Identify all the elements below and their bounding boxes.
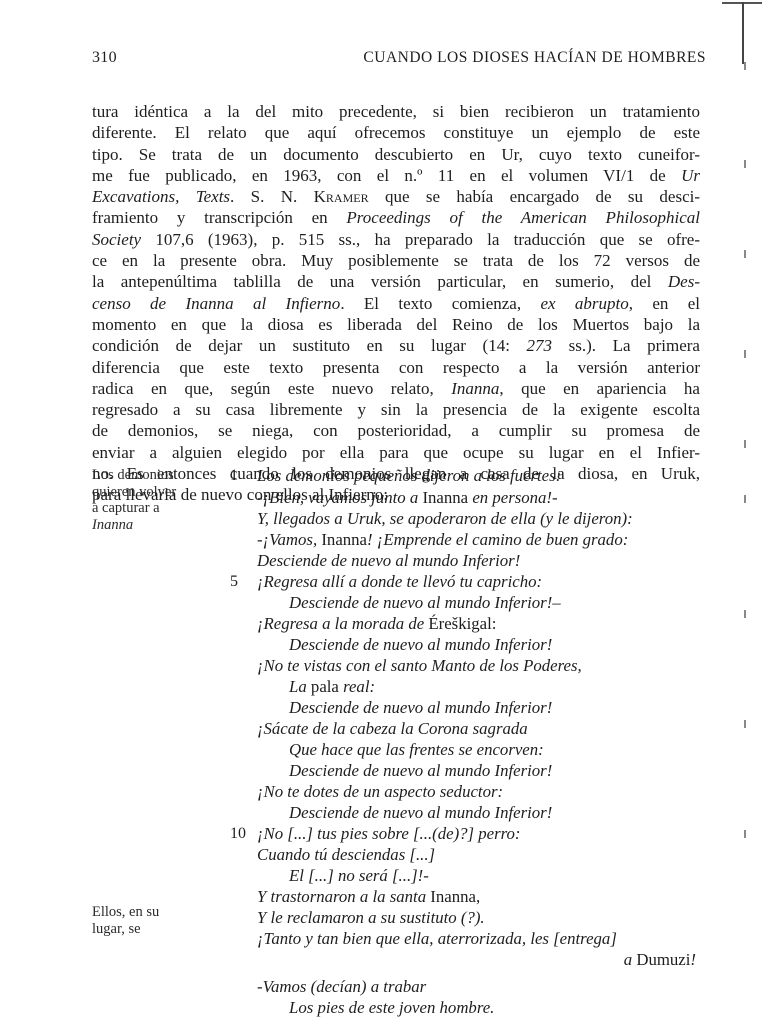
text-run: -¡Bien, vayamos junto a [257,488,422,507]
text-run: Desciende de nuevo al mundo Inferior! [289,635,552,654]
prose-line: Excavations, Texts. S. N. Kramer que se … [92,186,700,207]
prose-line: me fue publicado, en 1963, con el n.º 11… [92,165,700,186]
verse-number: 10 [230,825,246,843]
verse-line: ¡Regresa a la morada de Éreškigal: [257,614,496,634]
text-run: Inanna, [430,887,480,906]
verse-line: Que hace que las frentes se encorven: [289,740,544,760]
scan-edge-mark [744,160,746,168]
verse-line: ¡Regresa allí a donde te llevó tu capric… [257,572,542,592]
verse-line: ¡Sácate de la cabeza la Corona sagrada [257,719,528,739]
verse-line: Desciende de nuevo al mundo Inferior! [257,551,520,571]
text-run: framiento y transcripción en [92,208,346,227]
verse-line: La pala real: [289,677,375,697]
text-run: La [289,677,311,696]
scan-edge-mark [744,495,746,503]
margin-note: Ellos, en sulugar, se [92,904,222,937]
text-run: ce en la presente obra. Muy posiblemente… [92,251,700,270]
verse-line: Los pies de este joven hombre. [289,998,494,1018]
verse-line: -Vamos (decían) a trabar [257,977,426,997]
prose-line: diferente. El relato que aquí ofrecemos … [92,122,700,143]
text-run: tura idéntica a la del mito precedente, … [92,102,700,121]
margin-note-line: a capturar a [92,500,222,517]
verse-line: Desciende de nuevo al mundo Inferior! [289,761,552,781]
text-run: Desciende de nuevo al mundo Inferior! [289,761,552,780]
text-run: , que en apariencia ha [499,379,700,398]
text-run: Proceedings of the American Philosophica… [346,208,700,227]
verse-line: Y trastornaron a la santa Inanna, [257,887,480,907]
text-run: Y trastornaron a la santa [257,887,430,906]
scan-edge-mark [744,830,746,838]
text-run: Que hace que las frentes se encorven: [289,740,544,759]
verse-line: El [...] no será [...]!- [289,866,429,886]
prose-line: regresado a su casa libremente y sin la … [92,399,700,420]
text-run: regresado a su casa libremente y sin la … [92,400,700,419]
text-run: -¡Vamos, [257,530,321,549]
text-run: de demonios, se niega, con posterioridad… [92,421,700,440]
prose-line: de demonios, se niega, con posterioridad… [92,420,700,441]
prose-line: ce en la presente obra. Muy posiblemente… [92,250,700,271]
margin-note-line: Los demonios [92,467,222,484]
text-run: . El texto comienza, [340,294,540,313]
verse-line: -¡Bien, vayamos junto a Inanna en person… [257,488,558,508]
text-run: ! ¡Emprende el camino de buen grado: [367,530,628,549]
text-run: Ur [681,166,700,185]
scan-edge-mark [744,720,746,728]
prose-line: censo de Inanna al Infierno. El texto co… [92,293,700,314]
running-title: CUANDO LOS DIOSES HACÍAN DE HOMBRES [363,49,706,67]
margin-note-line: Ellos, en su [92,904,222,921]
prose-line: diferencia que este texto presenta con r… [92,357,700,378]
verse-line: Desciende de nuevo al mundo Inferior!– [289,593,561,613]
prose-line: la antepenúltima tablilla de una versión… [92,271,700,292]
text-run: me fue publicado, en 1963, con el n.º 11… [92,166,681,185]
text-run: . S. N. [230,187,314,206]
verse-line: Los demonios pequeños dijeron a los fuer… [257,466,561,486]
verse-line: Desciende de nuevo al mundo Inferior! [289,635,552,655]
prose-line: tipo. Se trata de un documento descubier… [92,144,700,165]
text-run: Desciende de nuevo al mundo Inferior! [257,551,520,570]
verse-line: Desciende de nuevo al mundo Inferior! [289,803,552,823]
verse-line: Cuando tú desciendas [...] [257,845,435,865]
verse-number: 1 [230,467,238,485]
text-run: ¡Sácate de la cabeza la Corona sagrada [257,719,528,738]
verse-number: 5 [230,573,238,591]
verse-line: Y le reclamaron a su sustituto (?). [257,908,485,928]
verse-line: ¡No [...] tus pies sobre [...(de)?] perr… [257,824,521,844]
text-run: ¡No [...] tus pies sobre [...(de)?] perr… [257,824,521,843]
text-run: Y le reclamaron a su sustituto (?). [257,908,485,927]
text-run: Desciende de nuevo al mundo Inferior!– [289,593,561,612]
scan-edge-mark [744,350,746,358]
crop-mark-vertical [742,2,744,64]
text-run: Los demonios pequeños dijeron a los fuer… [257,466,561,485]
scan-edge-mark [744,62,746,70]
text-run: enviar a alguien elegido por ella para q… [92,443,700,462]
text-run: Excavations, Texts [92,187,230,206]
text-run: Kramer [314,187,369,206]
text-run: ¡No te dotes de un aspecto seductor: [257,782,503,801]
prose-line: Society 107,6 (1963), p. 515 ss., ha pre… [92,229,700,250]
text-run: censo de Inanna al Infierno [92,294,340,313]
text-run: momento en que la diosa es liberada del … [92,315,700,334]
prose-line: momento en que la diosa es liberada del … [92,314,700,335]
text-run: Cuando tú desciendas [...] [257,845,435,864]
margin-note: Los demoniosquieren volvera capturar aIn… [92,467,222,533]
page-number: 310 [92,49,117,67]
verse-line: ¡Tanto y tan bien que ella, aterrorizada… [257,929,617,949]
text-run: Los pies de este joven hombre. [289,998,494,1017]
text-run: Éreškigal: [428,614,496,633]
text-run: la antepenúltima tablilla de una versión… [92,272,668,291]
text-run: en persona!- [468,488,557,507]
text-run: que se había encargado de su desci- [369,187,700,206]
text-run: tipo. Se trata de un documento descubier… [92,145,700,164]
body-paragraph: tura idéntica a la del mito precedente, … [92,101,700,506]
text-run: a [624,950,637,969]
text-run: ! [690,950,696,969]
text-run: Desciende de nuevo al mundo Inferior! [289,698,552,717]
margin-note-line: Inanna [92,517,222,534]
text-run: real: [339,677,375,696]
text-run: Y, llegados a Uruk, se apoderaron de ell… [257,509,633,528]
text-run: ¡No te vistas con el santo Manto de los … [257,656,582,675]
scan-edge-mark [744,250,746,258]
text-run: 107,6 (1963), p. 515 ss., ha preparado l… [141,230,700,249]
scan-edge-mark [744,440,746,448]
verse-line: Desciende de nuevo al mundo Inferior! [289,698,552,718]
text-run: ss.). La primera [552,336,700,355]
text-run: Desciende de nuevo al mundo Inferior! [289,803,552,822]
text-run: Society [92,230,141,249]
text-run: diferente. El relato que aquí ofrecemos … [92,123,700,142]
prose-line: framiento y transcripción en Proceedings… [92,207,700,228]
verse-line: Y, llegados a Uruk, se apoderaron de ell… [257,509,633,529]
verse-line: -¡Vamos, Inanna! ¡Emprende el camino de … [257,530,628,550]
scan-edge-mark [744,610,746,618]
text-run: -Vamos (decían) a trabar [257,977,426,996]
text-run: ex abrupto [540,294,628,313]
text-run: Inanna [321,530,367,549]
text-run: ¡Regresa allí a donde te llevó tu capric… [257,572,542,591]
text-run: Des- [668,272,700,291]
text-run: radica en que, según este nuevo relato, [92,379,451,398]
text-run: pala [311,677,339,696]
margin-note-line: quieren volver [92,484,222,501]
verse-line: ¡No te vistas con el santo Manto de los … [257,656,582,676]
text-run: ¡Regresa a la morada de [257,614,428,633]
prose-line: condición de dejar un sustituto en su lu… [92,335,700,356]
text-run: ¡Tanto y tan bien que ella, aterrorizada… [257,929,617,948]
text-run: diferencia que este texto presenta con r… [92,358,700,377]
text-run: Inanna [422,488,468,507]
verse-line: a Dumuzi! [624,950,696,970]
page-header: 310 CUANDO LOS DIOSES HACÍAN DE HOMBRES [92,49,706,71]
text-run: Inanna [451,379,499,398]
text-run: 273 [527,336,553,355]
prose-line: enviar a alguien elegido por ella para q… [92,442,700,463]
prose-line: tura idéntica a la del mito precedente, … [92,101,700,122]
text-run: , en el [629,294,700,313]
verse-line: ¡No te dotes de un aspecto seductor: [257,782,503,802]
margin-note-line: lugar, se [92,921,222,938]
text-run: Dumuzi [636,950,690,969]
text-run: El [...] no será [...]!- [289,866,429,885]
prose-line: radica en que, según este nuevo relato, … [92,378,700,399]
text-run: condición de dejar un sustituto en su lu… [92,336,527,355]
